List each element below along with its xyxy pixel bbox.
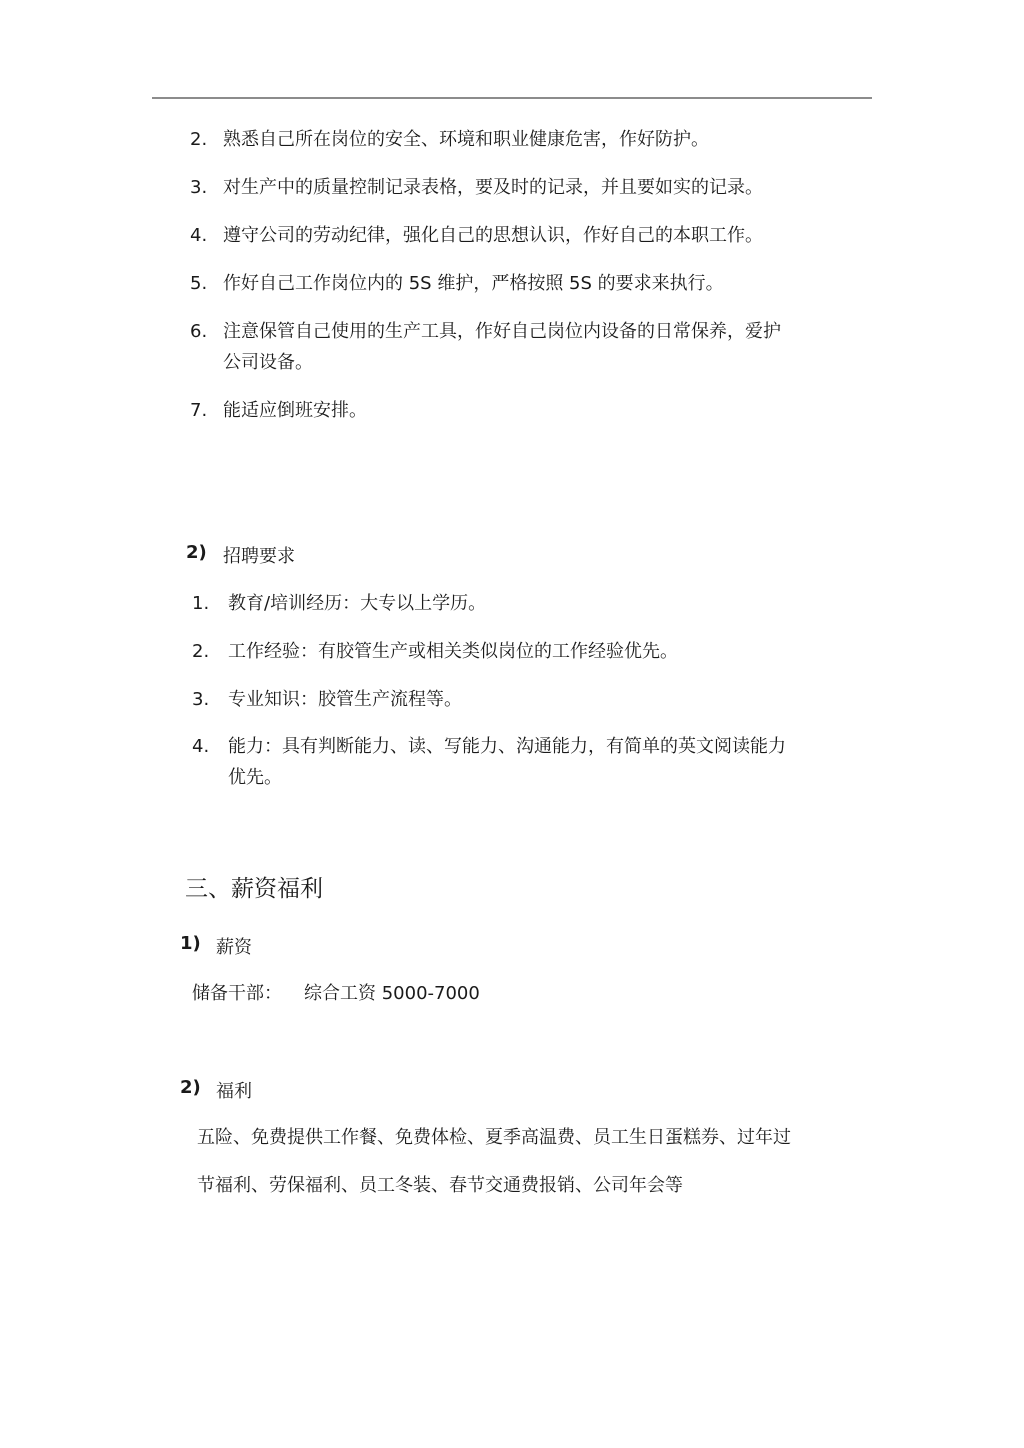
list-text-continued: 优先。: [228, 762, 282, 793]
heading-number: 2): [186, 542, 207, 563]
salary-value: 综合工资 5000-7000: [304, 978, 480, 1009]
list-text: 专业知识：胶管生产流程等。: [228, 684, 462, 715]
heading-number: 1): [180, 933, 201, 954]
header-rule: [152, 97, 872, 99]
list-text: 能力：具有判断能力、读、写能力、沟通能力，有简单的英文阅读能力: [228, 731, 786, 762]
list-number: 1.: [192, 588, 209, 619]
list-number: 6.: [190, 316, 207, 347]
list-number: 2.: [192, 636, 209, 667]
list-text: 对生产中的质量控制记录表格，要及时的记录，并且要如实的记录。: [223, 172, 763, 203]
list-text: 注意保管自己使用的生产工具，作好自己岗位内设备的日常保养，爱护: [223, 316, 781, 347]
list-number: 4.: [190, 220, 207, 251]
benefits-line-2: 节福利、劳保福利、员工冬装、春节交通费报销、公司年会等: [197, 1162, 791, 1210]
list-text: 能适应倒班安排。: [223, 395, 367, 426]
heading-text: 福利: [216, 1077, 252, 1103]
list-number: 2.: [190, 124, 207, 155]
benefits-line-1: 五险、免费提供工作餐、免费体检、夏季高温费、员工生日蛋糕券、过年过: [197, 1114, 791, 1162]
benefits-heading: 2) 福利: [180, 1077, 201, 1098]
list-text: 遵守公司的劳动纪律，强化自己的思想认识，作好自己的本职工作。: [223, 220, 763, 251]
list-number: 5.: [190, 268, 207, 299]
list-text: 工作经验：有胶管生产或相关类似岗位的工作经验优先。: [228, 636, 678, 667]
list-text: 熟悉自己所在岗位的安全、环境和职业健康危害，作好防护。: [223, 124, 709, 155]
heading-text: 薪资: [216, 933, 252, 959]
list-number: 4.: [192, 731, 209, 762]
list-text-continued: 公司设备。: [223, 347, 313, 378]
list-number: 3.: [192, 684, 209, 715]
list-text: 作好自己工作岗位内的 5S 维护，严格按照 5S 的要求来执行。: [223, 268, 724, 299]
list-number: 3.: [190, 172, 207, 203]
requirements-heading: 2) 招聘要求: [186, 542, 207, 563]
list-number: 7.: [190, 395, 207, 426]
list-text: 教育/培训经历：大专以上学历。: [228, 588, 486, 619]
salary-heading: 1) 薪资: [180, 933, 201, 954]
salary-label: 储备干部：: [192, 978, 282, 1009]
section-title: 三、薪资福利: [185, 870, 323, 903]
heading-number: 2): [180, 1077, 201, 1098]
benefits-paragraph: 五险、免费提供工作餐、免费体检、夏季高温费、员工生日蛋糕券、过年过 节福利、劳保…: [197, 1114, 791, 1210]
heading-text: 招聘要求: [223, 542, 295, 568]
